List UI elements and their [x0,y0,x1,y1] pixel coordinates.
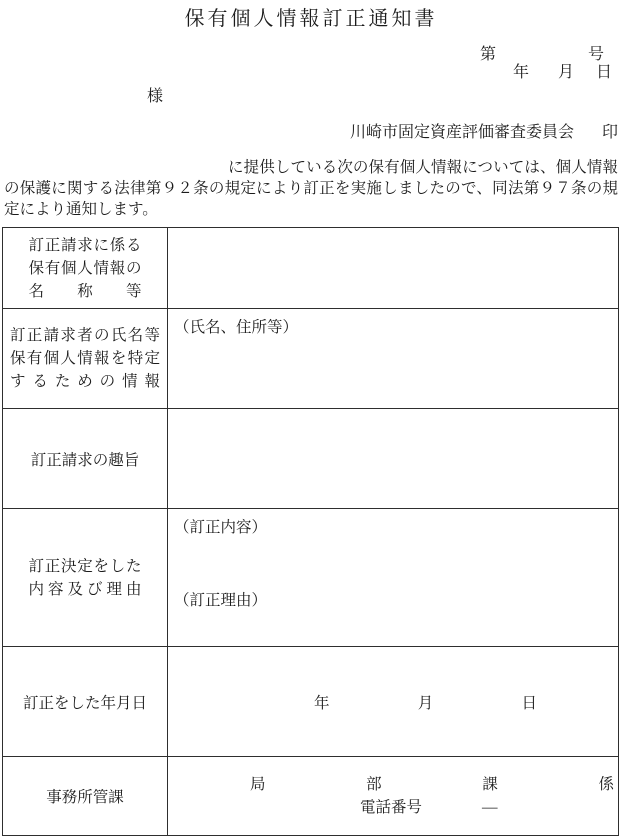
phone-number-label: 電話番号 [360,799,422,816]
table-row: 訂正決定をした 内容及び理由 （訂正内容） （訂正理由） [3,509,619,647]
label-line: 名称等 [29,280,142,303]
correction-date-cell: 年 月 日 [168,647,619,757]
department-label: 部 [366,773,382,796]
label-line: 保有個人情報の [29,257,142,280]
label-line: するための情報 [10,370,160,393]
month-label: 月 [558,64,574,81]
request-purpose-cell [168,409,619,509]
correction-decision-label: 訂正決定をした 内容及び理由 [3,509,168,647]
request-purpose-label: 訂正請求の趣旨 [3,409,168,509]
day-label: 日 [521,691,537,713]
correction-target-info-label: 訂正請求に係る 保有個人情報の 名称等 [3,228,168,309]
month-label: 月 [418,691,434,713]
year-label: 年 [513,64,529,81]
subsection-label: 係 [598,773,614,796]
document-page: 保有個人情報訂正通知書 第号 年月日 様 川崎市固定資産評価審査委員会印 に提供… [0,0,622,838]
section-label: 課 [482,773,498,796]
requester-identity-cell: （氏名、住所等） [168,309,619,409]
label-line: 訂正請求者の氏名等 [10,324,160,347]
correction-decision-cell: （訂正内容） （訂正理由） [168,509,619,647]
doc-number-prefix: 第 [480,46,496,63]
table-row: 訂正請求の趣旨 [3,409,619,509]
day-label: 日 [596,64,612,81]
table-row: 訂正請求者の氏名等 保有個人情報を特定 するための情報 （氏名、住所等） [3,309,619,409]
office-in-charge-cell: 局 部 課 係 電話番号— [168,757,619,836]
table-row: 訂正をした年月日 年 月 日 [3,647,619,757]
correction-content-hint: （訂正内容） [168,509,618,539]
table-row: 事務所管課 局 部 課 係 電話番号— [3,757,619,836]
label-line: 訂正決定をした [29,555,142,578]
issuer-line: 川崎市固定資産評価審査委員会印 [350,119,618,142]
office-in-charge-label: 事務所管課 [3,757,168,836]
label-line: 内容及び理由 [29,578,142,601]
page-title: 保有個人情報訂正通知書 [0,2,622,31]
label-line: 保有個人情報を特定 [10,347,160,370]
name-address-hint: （氏名、住所等） [168,309,618,339]
label-line: 訂正請求に係る [29,234,142,257]
date-line: 年月日 [513,59,612,82]
correction-target-info-cell [168,228,619,309]
addressee-honorific: 様 [147,83,163,106]
body-paragraph: に提供している次の保有個人情報については、個人情報の保護に関する法律第９２条の規… [4,157,618,220]
correction-reason-hint: （訂正理由） [168,582,618,612]
issuer-name: 川崎市固定資産評価審査委員会 [350,124,574,141]
phone-number-dash: — [482,799,498,816]
requester-identity-label: 訂正請求者の氏名等 保有個人情報を特定 するための情報 [3,309,168,409]
form-table: 訂正請求に係る 保有個人情報の 名称等 訂正請求者の氏名等 保有個人情報を特定 … [2,227,619,836]
correction-date-label: 訂正をした年月日 [3,647,168,757]
bureau-label: 局 [250,773,266,796]
seal-mark: 印 [602,124,618,141]
year-label: 年 [314,691,330,713]
table-row: 訂正請求に係る 保有個人情報の 名称等 [3,228,619,309]
